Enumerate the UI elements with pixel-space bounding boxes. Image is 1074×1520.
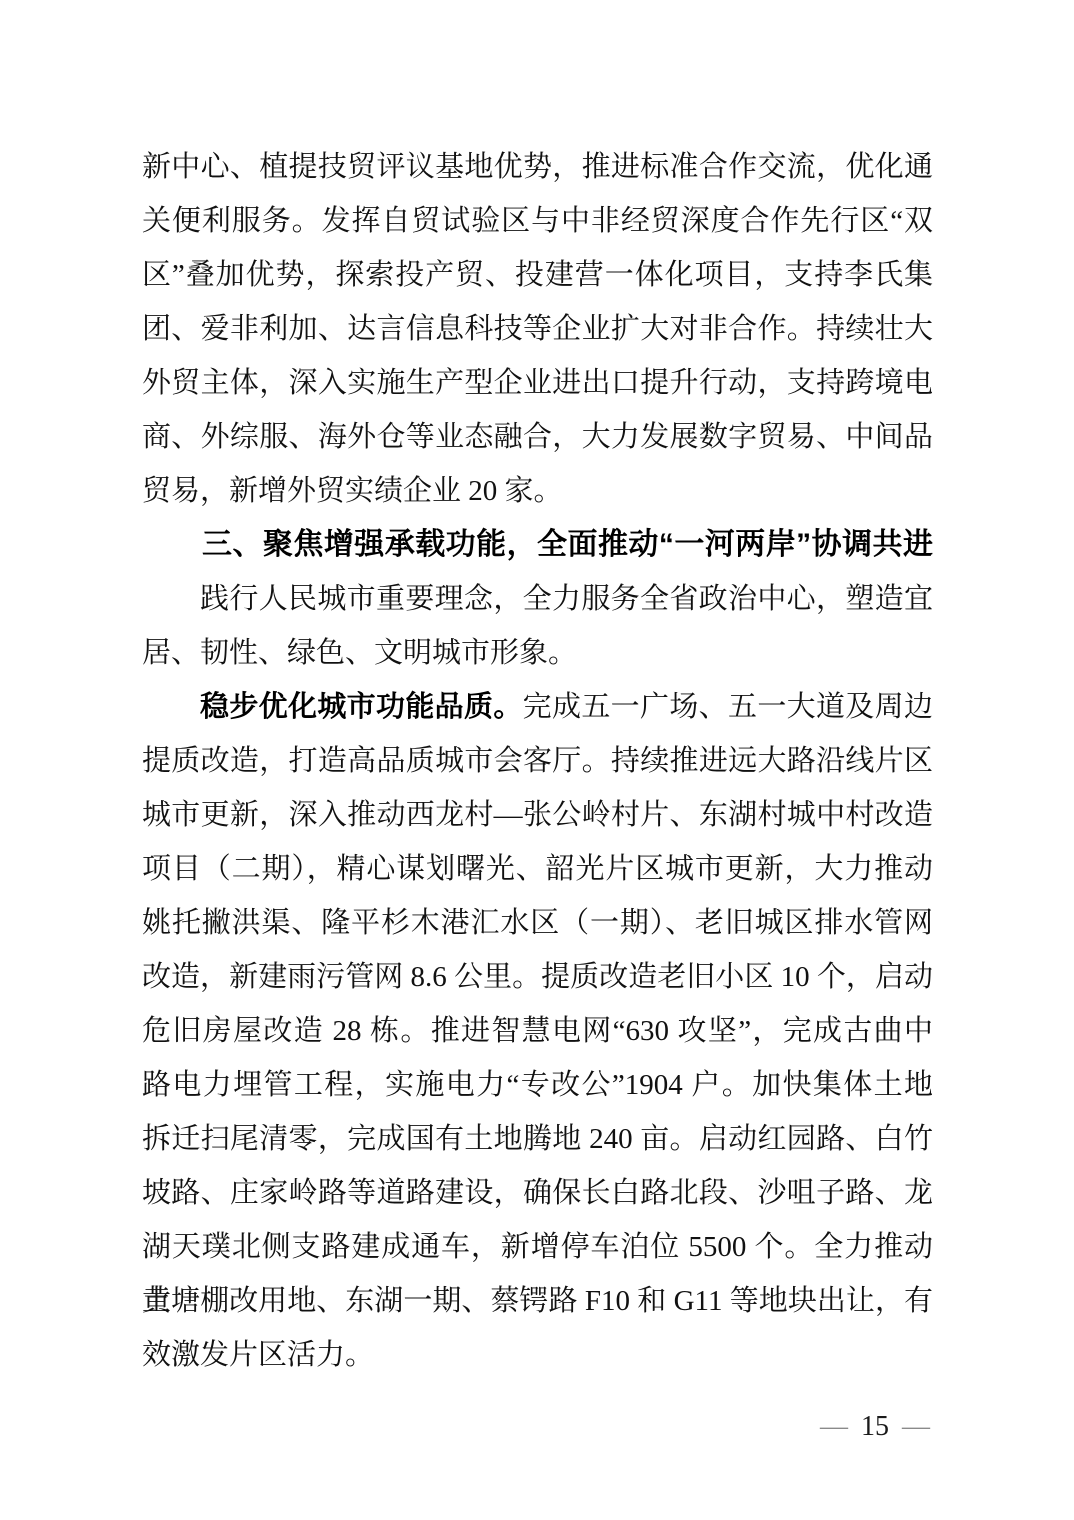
body-text: 路电力埋管工程，实施电力“专改公”1904 户。加快集体土地 xyxy=(142,1069,933,1101)
body-text: 项目（二期），精心谋划曙光、韶光片区城市更新，大力推动 xyxy=(142,853,933,885)
text-line: 稳步优化城市功能品质。完成五一广场、五一大道及周边 xyxy=(142,680,933,734)
body-text: 改造，新建雨污管网 8.6 公里。提质改造老旧小区 10 个，启动 xyxy=(142,961,933,993)
body-text: 坡路、庄家岭路等道路建设，确保长白路北段、沙咀子路、龙 xyxy=(142,1177,933,1209)
text-line: 危旧房屋改造 28 栋。推进智慧电网“630 攻坚”，完成古曲中 xyxy=(142,1004,933,1058)
text-line: 坡路、庄家岭路等道路建设，确保长白路北段、沙咀子路、龙 xyxy=(142,1166,933,1220)
text-line: 贸易，新增外贸实绩企业 20 家。 xyxy=(142,464,933,518)
body-text: 践行人民城市重要理念，全力服务全省政治中心，塑造宜 xyxy=(200,583,933,615)
text-line: 提质改造，打造高品质城市会客厅。持续推进远大路沿线片区 xyxy=(142,734,933,788)
body-text: 贸易，新增外贸实绩企业 20 家。 xyxy=(142,475,563,507)
bold-text: 稳步优化城市功能品质。 xyxy=(200,691,523,723)
text-line: 改造，新建雨污管网 8.6 公里。提质改造老旧小区 10 个，启动 xyxy=(142,950,933,1004)
text-line: 团、爱非利加、达言信息科技等企业扩大对非合作。持续壮大 xyxy=(142,302,933,356)
text-line: 商、外综服、海外仓等业态融合，大力发展数字贸易、中间品 xyxy=(142,410,933,464)
body-text: 区”叠加优势，探索投产贸、投建营一体化项目，支持李氏集 xyxy=(142,259,933,291)
body-text: 完成五一广场、五一大道及周边 xyxy=(523,691,933,723)
body-text: 外贸主体，深入实施生产型企业进出口提升行动，支持跨境电 xyxy=(142,367,933,399)
heading-line: 三、聚焦增强承载功能，全面推动“一河两岸”协调共进 xyxy=(142,518,933,572)
text-line: 项目（二期），精心谋划曙光、韶光片区城市更新，大力推动 xyxy=(142,842,933,896)
document-page: 新中心、植提技贸评议基地优势，推进标准合作交流，优化通关便利服务。发挥自贸试验区… xyxy=(0,0,1074,1520)
text-line: 新中心、植提技贸评议基地优势，推进标准合作交流，优化通 xyxy=(142,140,933,194)
paragraph: 稳步优化城市功能品质。完成五一广场、五一大道及周边提质改造，打造高品质城市会客厅… xyxy=(142,680,933,1382)
text-line: 外贸主体，深入实施生产型企业进出口提升行动，支持跨境电 xyxy=(142,356,933,410)
text-line: 湖天璞北侧支路建成通车，新增停车泊位 5500 个。全力推动黄 xyxy=(142,1220,933,1274)
footer-dash-right: — xyxy=(902,1411,930,1442)
text-line: 践行人民城市重要理念，全力服务全省政治中心，塑造宜 xyxy=(142,572,933,626)
text-line: 路电力埋管工程，实施电力“专改公”1904 户。加快集体土地 xyxy=(142,1058,933,1112)
page-number: 15 xyxy=(861,1411,889,1442)
text-line: 土塘棚改用地、东湖一期、蔡锷路 F10 和 G11 等地块出让，有 xyxy=(142,1274,933,1328)
paragraph: 新中心、植提技贸评议基地优势，推进标准合作交流，优化通关便利服务。发挥自贸试验区… xyxy=(142,140,933,518)
body-text: 团、爱非利加、达言信息科技等企业扩大对非合作。持续壮大 xyxy=(142,313,933,345)
text-line: 区”叠加优势，探索投产贸、投建营一体化项目，支持李氏集 xyxy=(142,248,933,302)
paragraph: 践行人民城市重要理念，全力服务全省政治中心，塑造宜居、韧性、绿色、文明城市形象。 xyxy=(142,572,933,680)
body-text: 土塘棚改用地、东湖一期、蔡锷路 F10 和 G11 等地块出让，有 xyxy=(142,1285,933,1317)
text-line: 姚托撇洪渠、隆平杉木港汇水区（一期）、老旧城区排水管网 xyxy=(142,896,933,950)
text-line: 居、韧性、绿色、文明城市形象。 xyxy=(142,626,933,680)
body-text: 居、韧性、绿色、文明城市形象。 xyxy=(142,637,577,669)
body-text: 拆迁扫尾清零，完成国有土地腾地 240 亩。启动红园路、白竹 xyxy=(142,1123,933,1155)
body-text: 商、外综服、海外仓等业态融合，大力发展数字贸易、中间品 xyxy=(142,421,933,453)
text-line: 城市更新，深入推动西龙村—张公岭村片、东湖村城中村改造 xyxy=(142,788,933,842)
text-line: 关便利服务。发挥自贸试验区与中非经贸深度合作先行区“双 xyxy=(142,194,933,248)
body-text: 危旧房屋改造 28 栋。推进智慧电网“630 攻坚”，完成古曲中 xyxy=(142,1015,933,1047)
text-line: 效激发片区活力。 xyxy=(142,1328,933,1382)
bold-text: 三、聚焦增强承载功能，全面推动“一河两岸”协调共进 xyxy=(202,528,933,561)
page-footer: —15— xyxy=(820,1410,930,1444)
body-text: 关便利服务。发挥自贸试验区与中非经贸深度合作先行区“双 xyxy=(142,205,933,237)
body-text: 效激发片区活力。 xyxy=(142,1339,374,1371)
text-line: 拆迁扫尾清零，完成国有土地腾地 240 亩。启动红园路、白竹 xyxy=(142,1112,933,1166)
body-text: 提质改造，打造高品质城市会客厅。持续推进远大路沿线片区 xyxy=(142,745,933,777)
footer-dash-left: — xyxy=(820,1411,848,1442)
body-text: 城市更新，深入推动西龙村—张公岭村片、东湖村城中村改造 xyxy=(142,799,933,831)
section-heading: 三、聚焦增强承载功能，全面推动“一河两岸”协调共进 xyxy=(142,518,933,572)
body-text: 姚托撇洪渠、隆平杉木港汇水区（一期）、老旧城区排水管网 xyxy=(142,907,933,939)
body-text: 新中心、植提技贸评议基地优势，推进标准合作交流，优化通 xyxy=(142,151,933,183)
document-body: 新中心、植提技贸评议基地优势，推进标准合作交流，优化通关便利服务。发挥自贸试验区… xyxy=(142,140,933,1382)
